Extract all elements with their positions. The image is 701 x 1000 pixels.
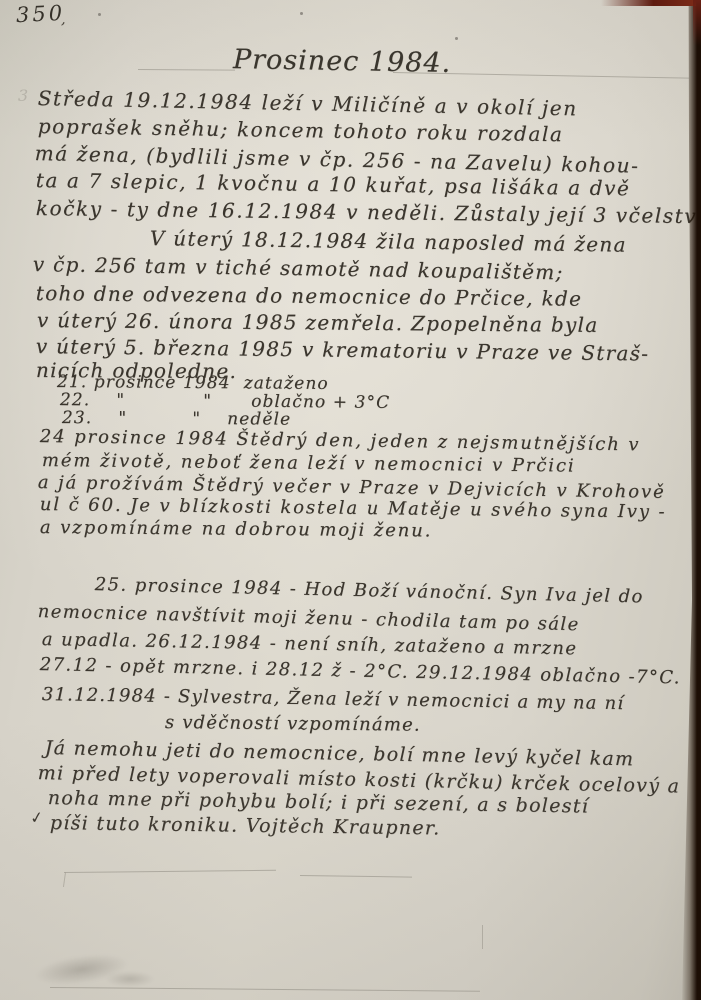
title-underline-left	[138, 69, 235, 71]
handwritten-line: v čp. 256 tam v tiché samotě nad koupali…	[33, 252, 564, 284]
book-cover-edge	[601, 0, 696, 6]
diary-page-photo: 350 , 3 Prosinec 1984. Středa 19.12.1984…	[0, 0, 701, 1000]
handwritten-line: 27.12 - opět mrzne. i 28.12 ž - 2°C. 29.…	[40, 654, 682, 688]
ink-speck	[98, 13, 101, 16]
pencil-rule	[482, 925, 483, 949]
handwritten-line: 31.12.1984 - Sylvestra, Žena leží v nemo…	[42, 684, 625, 714]
pencil-smudge	[95, 968, 165, 990]
pencil-rule	[64, 870, 276, 873]
ink-speck	[455, 37, 458, 40]
handwritten-line: V úterý 18.12.1984 žila naposled má žena	[150, 226, 627, 257]
faint-pencil-mark: 3	[18, 86, 28, 105]
page-number: 350	[15, 1, 65, 28]
handwritten-line: v úterý 26. února 1985 zemřela. Zpopelně…	[37, 308, 599, 337]
handwritten-line: poprašek sněhu; koncem tohoto roku rozda…	[38, 114, 564, 146]
page-title: Prosinec 1984.	[233, 44, 452, 79]
handwritten-line: s vděčností vzpomínáme.	[165, 712, 421, 736]
book-cover-edge	[693, 0, 701, 46]
handwritten-line: a vzpomínáme na dobrou moji ženu.	[40, 517, 433, 541]
handwritten-line: kočky - ty dne 16.12.1984 v neděli. Zůst…	[36, 196, 701, 228]
margin-checkmark: ✓	[29, 807, 45, 828]
handwritten-line: 25. prosince 1984 - Hod Boží vánoční. Sy…	[95, 574, 644, 607]
pencil-rule	[63, 872, 66, 887]
photo-dark-edge	[681, 0, 701, 1000]
handwritten-line: toho dne odvezena do nemocnice do Prčice…	[36, 281, 583, 311]
pencil-rule	[300, 875, 412, 878]
ink-speck	[300, 12, 303, 15]
handwritten-line: píši tuto kroniku. Vojtěch Kraupner.	[50, 812, 441, 839]
